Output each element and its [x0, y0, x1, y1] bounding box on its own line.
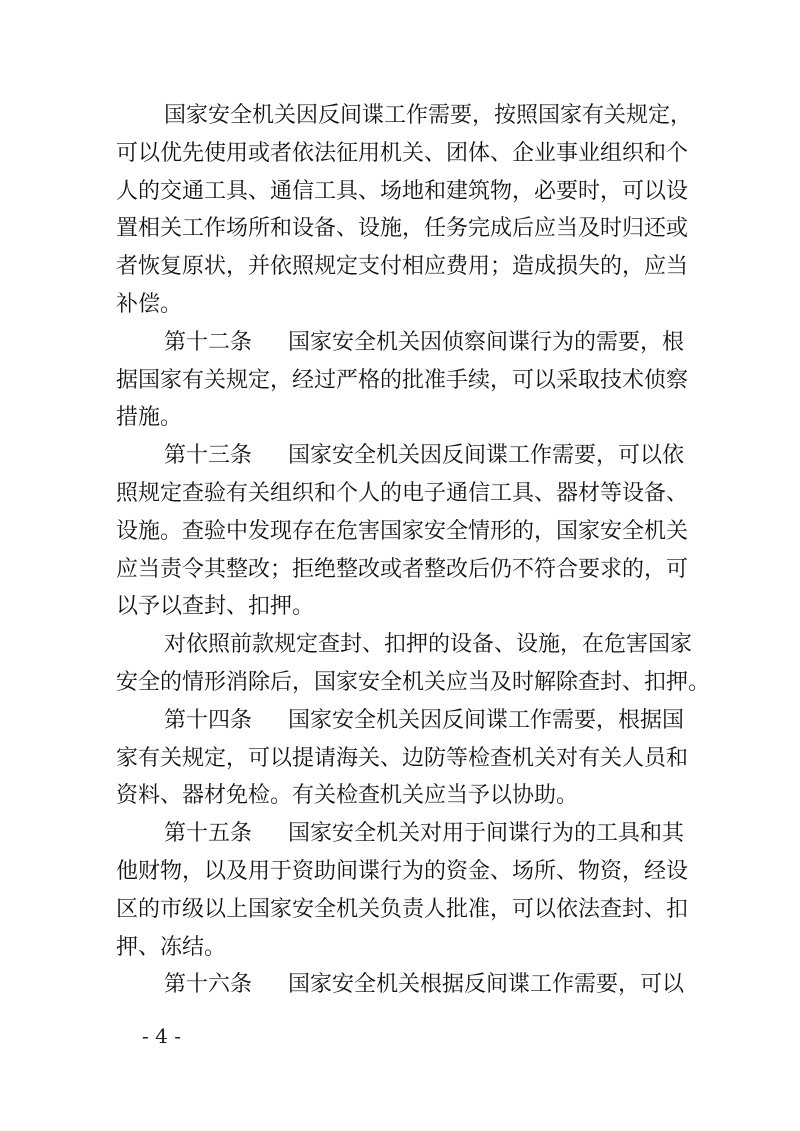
- article-15-heading-line: 第十五条国家安全机关对用于间谍行为的工具和其: [116, 815, 682, 853]
- article-number: 第十六条: [164, 966, 252, 1004]
- article-number: 第十三条: [164, 437, 252, 475]
- article-16-heading-line: 第十六条国家安全机关根据反间谍工作需要，可以: [116, 966, 682, 1004]
- text-line: 区的市级以上国家安全机关负责人批准，可以依法查封、扣: [116, 891, 682, 929]
- text-line: 置相关工作场所和设备、设施，任务完成后应当及时归还或: [116, 210, 682, 248]
- text-line: 人的交通工具、通信工具、场地和建筑物，必要时，可以设: [116, 173, 682, 211]
- text-line: 设施。查验中发现存在危害国家安全情形的，国家安全机关: [116, 513, 682, 551]
- text-line: 可以优先使用或者依法征用机关、团体、企业事业组织和个: [116, 135, 682, 173]
- text-line: 国家安全机关因反间谍工作需要，按照国家有关规定，: [116, 97, 682, 135]
- text-line: 以予以查封、扣押。: [116, 588, 682, 626]
- text-line: 押、冻结。: [116, 929, 682, 967]
- article-number: 第十五条: [164, 815, 252, 853]
- text-line: 措施。: [116, 399, 682, 437]
- text-line: 应当责令其整改；拒绝整改或者整改后仍不符合要求的，可: [116, 551, 682, 589]
- text-line: 资料、器材免检。有关检查机关应当予以协助。: [116, 777, 682, 815]
- text-line: 补偿。: [116, 286, 682, 324]
- article-14-heading-line: 第十四条国家安全机关因反间谍工作需要，根据国: [116, 702, 682, 740]
- text-line: 据国家有关规定，经过严格的批准手续，可以采取技术侦察: [116, 362, 682, 400]
- text-line: 者恢复原状，并依照规定支付相应费用；造成损失的，应当: [116, 248, 682, 286]
- article-number: 第十四条: [164, 702, 252, 740]
- text-line: 照规定查验有关组织和个人的电子通信工具、器材等设备、: [116, 475, 682, 513]
- text-line: 安全的情形消除后，国家安全机关应当及时解除查封、扣押。: [116, 664, 682, 702]
- body-text: 国家安全机关因反间谍工作需要，按照国家有关规定， 可以优先使用或者依法征用机关、…: [116, 97, 682, 1004]
- text-line: 他财物，以及用于资助间谍行为的资金、场所、物资，经设: [116, 853, 682, 891]
- page-number: - 4 -: [142, 1024, 181, 1048]
- article-13-heading-line: 第十三条国家安全机关因反间谍工作需要，可以依: [116, 437, 682, 475]
- document-page: 国家安全机关因反间谍工作需要，按照国家有关规定， 可以优先使用或者依法征用机关、…: [0, 0, 800, 1131]
- article-12-heading-line: 第十二条国家安全机关因侦察间谍行为的需要，根: [116, 324, 682, 362]
- text-line: 对依照前款规定查封、扣押的设备、设施，在危害国家: [116, 626, 682, 664]
- text-line: 家有关规定，可以提请海关、边防等检查机关对有关人员和: [116, 740, 682, 778]
- article-number: 第十二条: [164, 324, 252, 362]
